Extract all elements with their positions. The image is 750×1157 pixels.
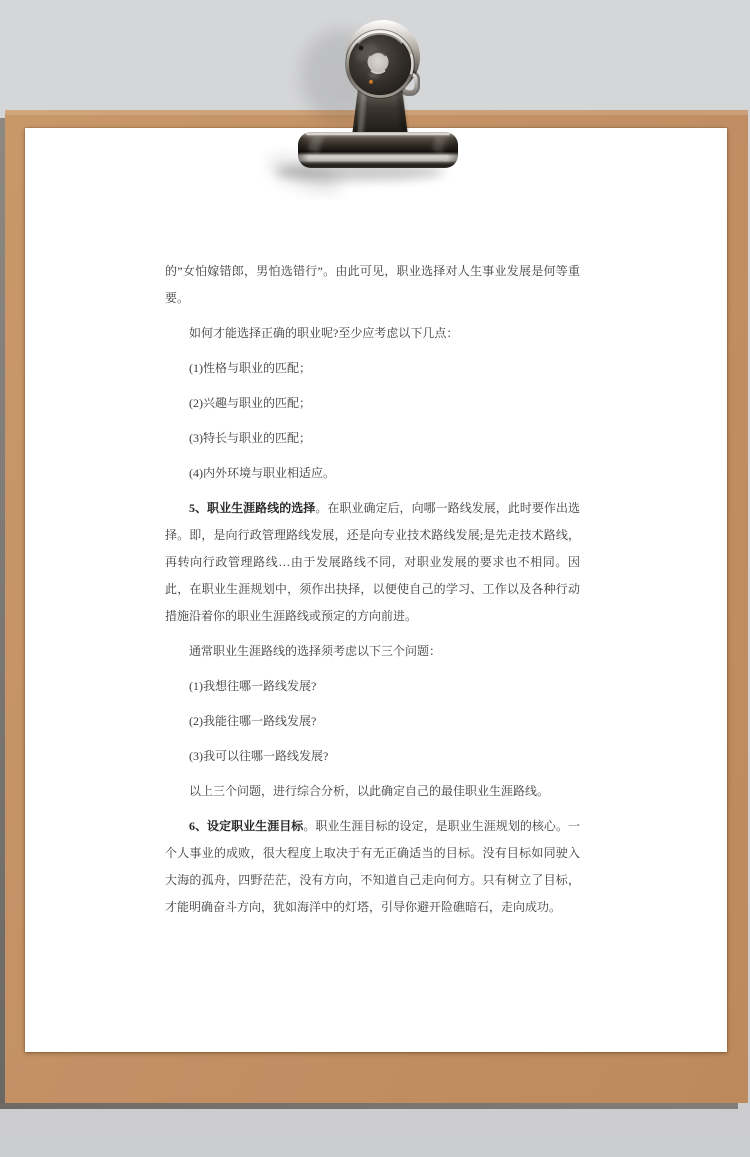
paragraph-text-run: 以上三个问题，进行综合分析，以此确定自己的最佳职业生涯路线。 (189, 784, 549, 798)
paragraph-text-run: (4)内外环境与职业相适应。 (189, 466, 335, 480)
paragraph-text-run: 如何才能选择正确的职业呢?至少应考虑以下几点： (189, 326, 458, 340)
clip-clamp-bar (298, 132, 458, 168)
paragraph: 5、职业生涯路线的选择。在职业确定后，向哪一路线发展，此时要作出选择。即，是向行… (165, 495, 580, 630)
paragraph-text-run: (3)我可以往哪一路线发展? (189, 749, 328, 763)
paragraph-heading-run: 6、设定职业生涯目标 (189, 819, 303, 833)
clip-head-disc (346, 30, 414, 98)
paragraph-text-run: 。在职业确定后，向哪一路线发展，此时要作出选择。即，是向行政管理路线发展，还是向… (165, 501, 580, 623)
paragraph: (3)我可以往哪一路线发展? (165, 743, 580, 770)
paragraph: 如何才能选择正确的职业呢?至少应考虑以下几点： (165, 320, 580, 347)
paragraph: (3)特长与职业的匹配； (165, 425, 580, 452)
paragraph-heading-run: 5、职业生涯路线的选择 (189, 501, 315, 515)
document-text: 的”女怕嫁错郎，男怕选错行”。由此可见，职业选择对人生事业发展是何等重要。如何才… (165, 258, 580, 929)
paragraph-text-run: (1)性格与职业的匹配； (189, 361, 311, 375)
paragraph-text-run: (2)我能往哪一路线发展? (189, 714, 316, 728)
paragraph-text-run: 的”女怕嫁错郎，男怕选错行”。由此可见，职业选择对人生事业发展是何等重要。 (165, 264, 580, 305)
paragraph: (4)内外环境与职业相适应。 (165, 460, 580, 487)
paragraph: (2)我能往哪一路线发展? (165, 708, 580, 735)
paragraph: (1)性格与职业的匹配； (165, 355, 580, 382)
paragraph-text-run: 通常职业生涯路线的选择须考虑以下三个问题： (189, 644, 441, 658)
spring-clip-icon (260, 8, 500, 200)
paragraph: 通常职业生涯路线的选择须考虑以下三个问题： (165, 638, 580, 665)
paragraph-text-run: (2)兴趣与职业的匹配； (189, 396, 311, 410)
paragraph: 以上三个问题，进行综合分析，以此确定自己的最佳职业生涯路线。 (165, 778, 580, 805)
paragraph: (2)兴趣与职业的匹配； (165, 390, 580, 417)
paragraph: (1)我想往哪一路线发展? (165, 673, 580, 700)
paragraph-text-run: (1)我想往哪一路线发展? (189, 679, 316, 693)
paragraph-text-run: (3)特长与职业的匹配； (189, 431, 311, 445)
paragraph-text-run: 。职业生涯目标的设定，是职业生涯规划的核心。一个人事业的成败，很大程度上取决于有… (165, 819, 580, 914)
paragraph: 的”女怕嫁错郎，男怕选错行”。由此可见，职业选择对人生事业发展是何等重要。 (165, 258, 580, 312)
photo-scene: { "scene": { "description": "white docum… (0, 0, 750, 1157)
clipboard-board: 的”女怕嫁错郎，男怕选错行”。由此可见，职业选择对人生事业发展是何等重要。如何才… (5, 110, 748, 1103)
paper-sheet: 的”女怕嫁错郎，男怕选错行”。由此可见，职业选择对人生事业发展是何等重要。如何才… (25, 128, 727, 1052)
paragraph: 6、设定职业生涯目标。职业生涯目标的设定，是职业生涯规划的核心。一个人事业的成败… (165, 813, 580, 921)
